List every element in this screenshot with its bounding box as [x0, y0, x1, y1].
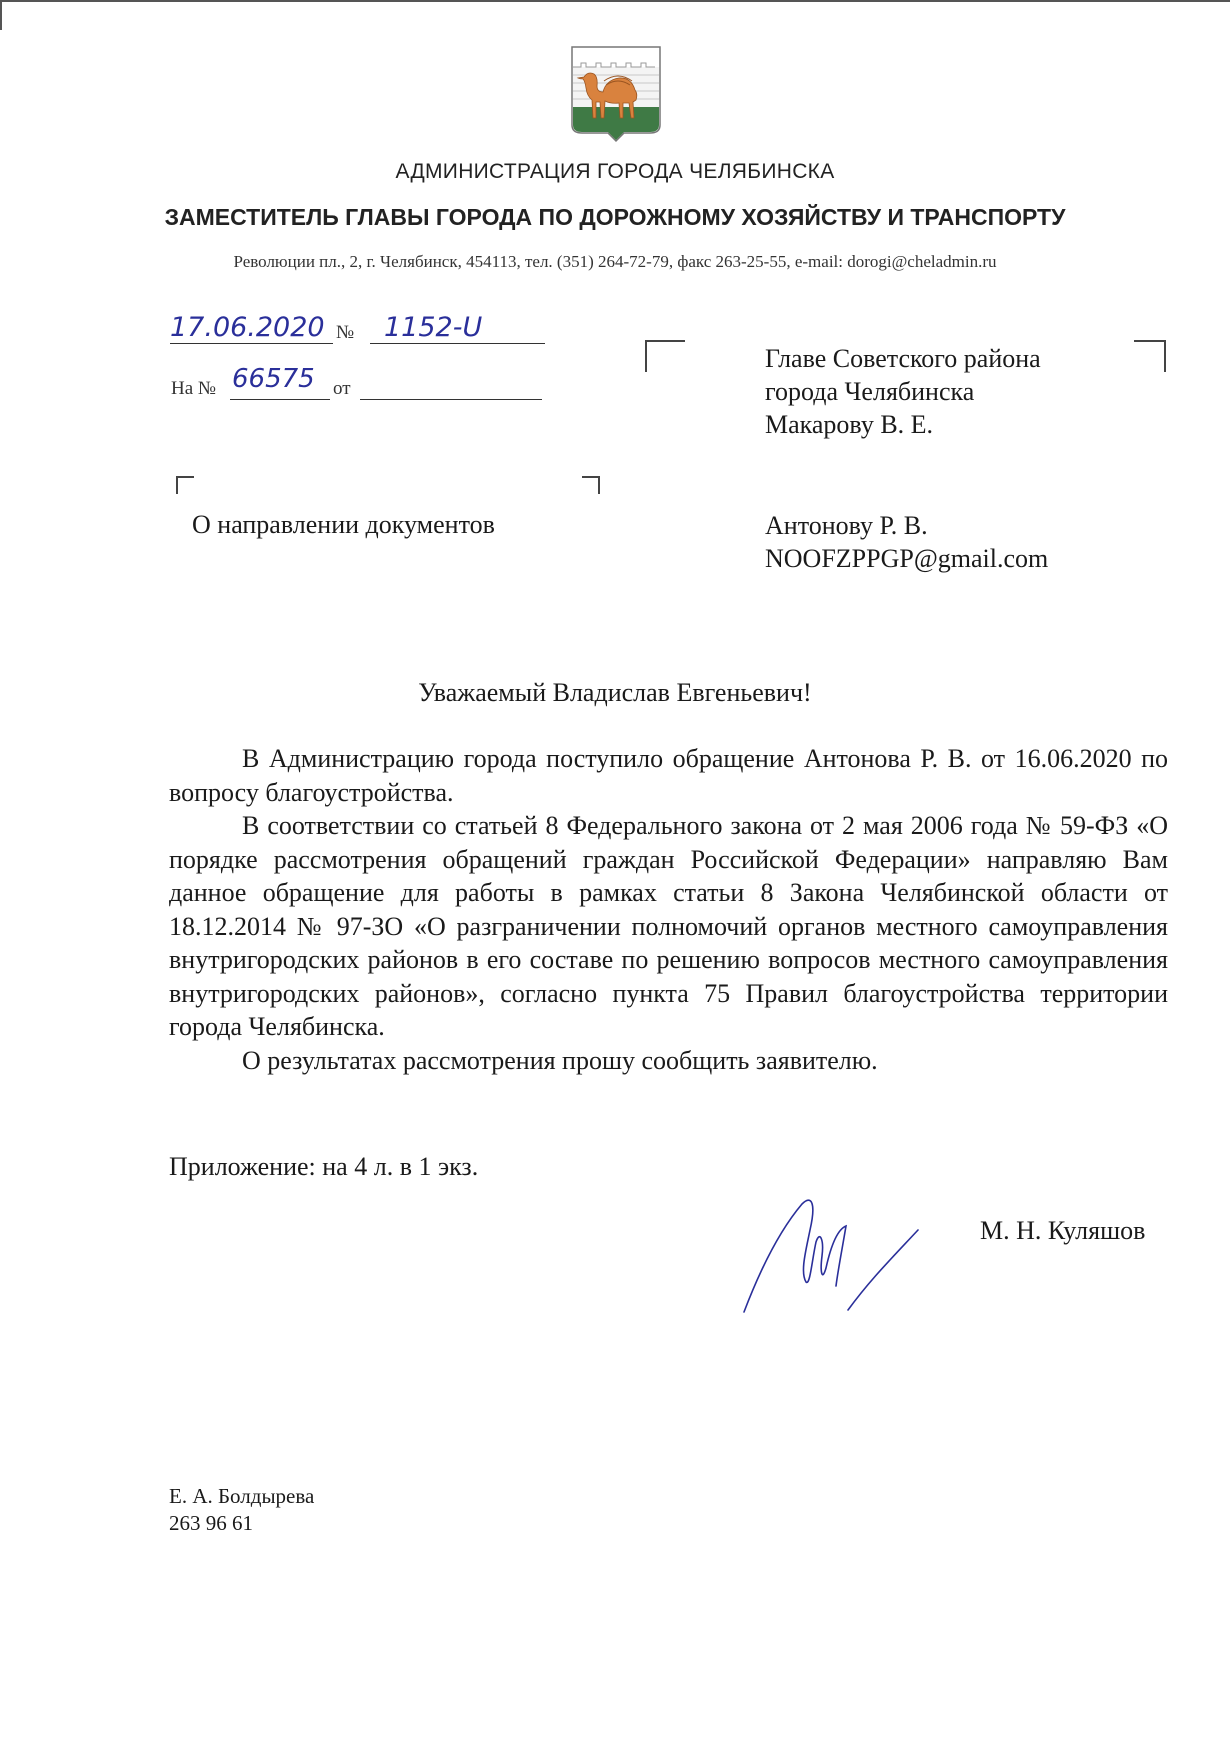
body-paragraph: В соответствии со статьей 8 Федерального… [169, 809, 1168, 1044]
recipient-line: Макарову В. Е. [765, 408, 1041, 441]
signer-name: М. Н. Куляшов [980, 1216, 1145, 1246]
body-paragraph: В Администрацию города поступило обращен… [169, 742, 1168, 809]
recipient-line: Антонову Р. В. [765, 509, 1048, 542]
recipient-line: города Челябинска [765, 375, 1041, 408]
recipient-email[interactable]: NOOFZPPGP@gmail.com [765, 542, 1048, 575]
reply-number: 66575 [232, 364, 315, 394]
recipient-primary: Главе Советского района города Челябинск… [765, 342, 1041, 441]
recipient-bracket-left [645, 340, 685, 372]
greeting: Уважаемый Владислав Евгеньевич! [0, 678, 1230, 708]
body-paragraph: О результатах рассмотрения прошу сообщит… [169, 1044, 1168, 1078]
subject-bracket-left [176, 476, 194, 494]
scan-edge-top [0, 0, 1230, 2]
outgoing-number: 1152-U [384, 312, 482, 343]
number-underline [370, 343, 545, 344]
coat-of-arms-icon [570, 45, 662, 145]
recipient-copy: Антонову Р. В. NOOFZPPGP@gmail.com [765, 509, 1048, 575]
date-underline [170, 343, 333, 344]
executor-phone: 263 96 61 [169, 1510, 314, 1537]
from-label: от [333, 378, 351, 400]
department-title: ЗАМЕСТИТЕЛЬ ГЛАВЫ ГОРОДА ПО ДОРОЖНОМУ ХО… [0, 204, 1230, 231]
scan-edge-left [0, 0, 2, 30]
from-underline [360, 399, 542, 400]
handwritten-signature-icon [740, 1190, 940, 1325]
reply-number-label: На № [171, 378, 216, 400]
reply-number-underline [230, 399, 330, 400]
executor-name: Е. А. Болдырева [169, 1483, 314, 1510]
recipient-bracket-right [1134, 340, 1166, 372]
contact-address: Революции пл., 2, г. Челябинск, 454113, … [0, 252, 1230, 272]
executor-info: Е. А. Болдырева 263 96 61 [169, 1483, 314, 1537]
recipient-line: Главе Советского района [765, 342, 1041, 375]
attachment-note: Приложение: на 4 л. в 1 экз. [169, 1152, 478, 1182]
organization-name: АДМИНИСТРАЦИЯ ГОРОДА ЧЕЛЯБИНСКА [0, 160, 1230, 184]
subject-bracket-right [582, 476, 600, 494]
subject-line: О направлении документов [192, 510, 495, 540]
number-label: № [336, 322, 354, 344]
outgoing-date: 17.06.2020 [170, 312, 325, 343]
letter-body: В Администрацию города поступило обращен… [169, 742, 1168, 1077]
